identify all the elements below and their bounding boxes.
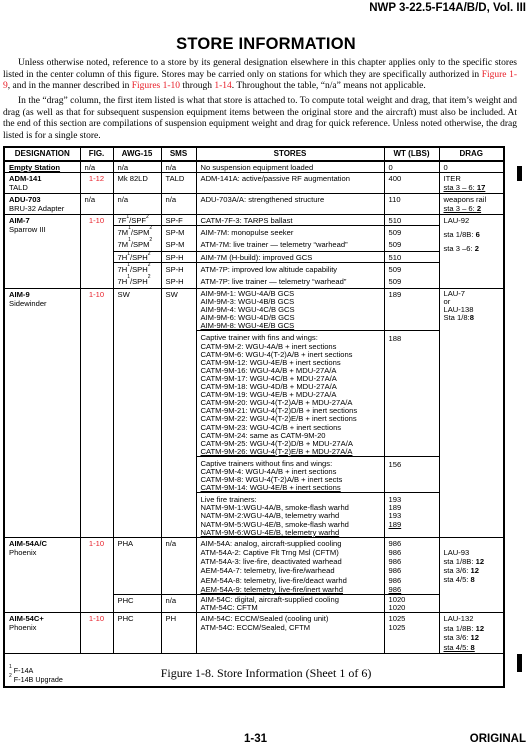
footnote-ref: 2 xyxy=(146,215,149,221)
footnote-ref: 1 xyxy=(128,237,131,243)
store-line: ATM-54A-3: live-fire, deactivated warhea… xyxy=(201,557,380,566)
drag-row: sta 1/8B: 12 xyxy=(444,557,500,566)
drag-cell: ITERsta 3 – 6: 17 xyxy=(439,173,504,194)
drag-value: 2 xyxy=(477,204,481,213)
drag-carrier: LAU-92 xyxy=(444,216,500,225)
designation-cell: AIM-7Sparrow III xyxy=(4,215,80,289)
change-bar xyxy=(517,166,522,181)
sms: SP-HSP-H xyxy=(161,263,196,289)
weight-value: 1020 xyxy=(389,604,435,612)
weight: 400 xyxy=(384,173,439,194)
store-line: ATM-54C: ECCM/Sealed, CFTM xyxy=(201,623,380,632)
store-line: ATM-54A-2: Captive Flt Trng Msl (CFTM) xyxy=(201,548,380,557)
awg-code: /SPF xyxy=(129,216,146,225)
page-title: STORE INFORMATION xyxy=(0,35,532,54)
store-line: ATM-7P: improved low altitude capability xyxy=(201,264,380,276)
designation-cell: AIM-9Sidewinder xyxy=(4,289,80,538)
fig-link[interactable]: 1-10 xyxy=(80,613,113,653)
awg-code: 7M xyxy=(118,228,129,237)
drag-carrier: ITER xyxy=(444,174,500,183)
sms: n/a xyxy=(161,537,196,594)
link-figure-1-14[interactable]: 1-14 xyxy=(214,81,231,91)
revision-status: ORIGINAL xyxy=(470,733,526,745)
awg-code: /SPH xyxy=(130,265,148,274)
designation: ADU-703 xyxy=(9,195,76,204)
stores-group: Captive trainer with fins and wings:CATM… xyxy=(196,331,384,456)
drag-station: sta 3/6: xyxy=(444,633,471,642)
sms: SP-MSP-M xyxy=(161,226,196,252)
col-header-awg15: AWG-15 xyxy=(113,147,161,161)
awg15: 7H1/SPH2 xyxy=(113,252,161,263)
drag-value: 17 xyxy=(477,183,485,192)
awg15: 7M1/SPM27M1/SPM2 xyxy=(113,226,161,252)
designation-subtitle: Phoenix xyxy=(9,623,76,632)
drag-carrier: LAU-93 xyxy=(444,548,500,557)
awg15: PHC xyxy=(113,613,161,653)
weight: 510 xyxy=(384,252,439,263)
awg15: n/a xyxy=(113,161,161,173)
link-figures-1-10[interactable]: Figures 1-10 xyxy=(132,81,180,91)
store-line: AEM-54A-8: telemetry, live-fire/deact wa… xyxy=(201,576,380,585)
awg15: PHA xyxy=(113,537,161,594)
intro-paragraph-1: Unless otherwise noted, reference to a s… xyxy=(3,58,517,93)
table-row-aim54cplus: AIM-54C+Phoenix 1-10 PHC PH AIM-54C: ECC… xyxy=(4,613,504,653)
weight: 0 xyxy=(384,161,439,173)
store-line: AEM-54A-7: telemetry, live-fire/warhead xyxy=(201,566,380,575)
sms: SP-F xyxy=(161,215,196,226)
weight: 510 xyxy=(384,215,439,226)
weight-value: 986 xyxy=(389,585,435,594)
weight-group: 10251025 xyxy=(384,613,439,653)
intro-text: Unless otherwise noted, reference to a s… xyxy=(3,58,517,80)
designation: ADM-141 xyxy=(9,174,76,183)
stores: CATM-7F-3: TARPS ballast xyxy=(196,215,384,226)
sms-code: SP-M xyxy=(166,227,192,239)
table-row-empty-station: Empty Station n/a n/a n/a No suspension … xyxy=(4,161,504,173)
col-header-weight: WT (LBS) xyxy=(384,147,439,161)
designation: AIM-54C+ xyxy=(9,614,76,623)
drag-cell: LAU-132sta 1/8B: 12sta 3/6: 12sta 4/5: 8 xyxy=(439,613,504,653)
drag-station: sta 1/8B: xyxy=(444,230,476,239)
weight-value: 986 xyxy=(389,548,435,557)
footnote-ref: 2 xyxy=(149,237,152,243)
awg-code: 7H xyxy=(118,253,128,262)
table-header-row: DESIGNATION FIG. AWG-15 SMS STORES WT (L… xyxy=(4,147,504,161)
drag-cell: LAU-93sta 1/8B: 12sta 3/6: 12sta 4/5: 8 xyxy=(439,537,504,612)
stores: No suspension equipment loaded xyxy=(196,161,384,173)
weight: 110 xyxy=(384,194,439,215)
awg15: SW xyxy=(113,289,161,538)
drag-station: sta 3 – 6: xyxy=(444,204,477,213)
page-number: 1-31 xyxy=(244,733,267,745)
fig-link[interactable]: 1-10 xyxy=(80,289,113,538)
drag-value: 2 xyxy=(475,244,479,253)
designation-cell: AIM-54A/CPhoenix xyxy=(4,537,80,612)
footnote-ref: 2 xyxy=(149,226,152,232)
footnote-ref: 1 xyxy=(128,226,131,232)
document-id: NWP 3-22.5-F14A/B/D, Vol. III xyxy=(369,2,526,14)
stores: ADM-141A: active/passive RF augmentation xyxy=(196,173,384,194)
sms-code: SP-M xyxy=(166,239,192,251)
awg-code: 7M xyxy=(118,240,129,249)
drag: 0 xyxy=(439,161,504,173)
sms: n/a xyxy=(161,161,196,173)
col-header-designation: DESIGNATION xyxy=(4,147,80,161)
sms: SW xyxy=(161,289,196,538)
designation-subtitle: Sidewinder xyxy=(9,299,76,308)
stores-group: AIM-54C: digital, aircraft-supplied cool… xyxy=(196,594,384,612)
sms: n/a xyxy=(161,594,196,612)
weight-value: 986 xyxy=(389,557,435,566)
weight-group: 193189193189 xyxy=(384,493,439,537)
intro-text: . Throughout the table, “n/a” means not … xyxy=(232,81,426,91)
footnote-ref: 1 xyxy=(127,252,130,258)
store-information-table: DESIGNATION FIG. AWG-15 SMS STORES WT (L… xyxy=(3,146,505,688)
designation-subtitle: Sparrow III xyxy=(9,225,76,234)
drag-value: 12 xyxy=(476,624,484,633)
stores-group: AIM-54A: analog, aircraft-supplied cooli… xyxy=(196,537,384,594)
designation-subtitle: TALD xyxy=(9,183,76,192)
stores: ATM-7P: improved low altitude capability… xyxy=(196,263,384,289)
designation-subtitle: Phoenix xyxy=(9,548,76,557)
awg-code: /SPH xyxy=(130,253,148,262)
drag-cell: weapons railsta 3 – 6: 2 xyxy=(439,194,504,215)
stores: AIM-7M (H-build): improved GCS xyxy=(196,252,384,263)
weight-group: 10201020 xyxy=(384,594,439,612)
stores-group: Live fire trainers:NATM-9M-1:WGU-4A/B, s… xyxy=(196,493,384,537)
drag-value: 12 xyxy=(476,557,484,566)
store-line: ATM-7P: live trainer — telemetry “warhea… xyxy=(201,276,380,288)
drag-value: 8 xyxy=(471,643,475,652)
intro-text: through xyxy=(180,81,214,91)
weight-value: 986 xyxy=(389,576,435,585)
drag-row: sta 4/5: 8 xyxy=(444,643,500,653)
store-line: CATM-9M-26: WGU-4(T-2)E/B + MDU-27A/A xyxy=(201,448,380,456)
stores: ADU-703A/A: strengthened structure xyxy=(196,194,384,215)
weight-value: 509 xyxy=(389,264,435,276)
table-row-adm141: ADM-141TALD 1-12 Mk 82LD TALD ADM-141A: … xyxy=(4,173,504,194)
drag-station: sta 4/5: xyxy=(444,643,471,652)
awg-code: 7H xyxy=(118,265,128,274)
col-header-stores: STORES xyxy=(196,147,384,161)
drag-row: sta 1/8B: 12 xyxy=(444,624,500,634)
weight-group: 986986986986986986 xyxy=(384,537,439,594)
fig-link[interactable]: 1-12 xyxy=(80,173,113,194)
awg15: 7F1/SPF2 xyxy=(113,215,161,226)
designation-subtitle: BRU-32 Adapter xyxy=(9,204,76,213)
store-line: AIM-9M-8: WGU-4E/B GCS xyxy=(201,322,380,330)
drag-station: sta 1/8B: xyxy=(444,624,476,633)
awg-code: /SPM xyxy=(131,228,150,237)
table-row-aim9: AIM-9Sidewinder 1-10 SW SW AIM-9M-1: WGU… xyxy=(4,289,504,331)
drag-station: sta 4/5: xyxy=(444,575,471,584)
weight-value: 509 xyxy=(389,276,435,288)
drag-value: 8 xyxy=(471,575,475,584)
store-line: ATM-54C: CFTM xyxy=(201,604,380,612)
col-header-sms: SMS xyxy=(161,147,196,161)
intro-text: In the “drag” column, the first item lis… xyxy=(3,96,517,141)
weight: 188 xyxy=(384,331,439,456)
weight-value: 509 xyxy=(389,227,435,239)
drag-row: sta 3/6: 12 xyxy=(444,633,500,643)
awg15: PHC xyxy=(113,594,161,612)
weight-value: 1025 xyxy=(389,614,435,623)
fig-link[interactable]: 1-10 xyxy=(80,215,113,289)
store-line: AIM-7M: monopulse seeker xyxy=(201,227,380,239)
table-row-aim54ac: AIM-54A/CPhoenix 1-10 PHA n/a AIM-54A: a… xyxy=(4,537,504,594)
drag-value: 6 xyxy=(476,230,480,239)
weight: 509509 xyxy=(384,263,439,289)
sms: TALD xyxy=(161,173,196,194)
col-header-fig: FIG. xyxy=(80,147,113,161)
drag-row: sta 3/6: 12 xyxy=(444,566,500,575)
stores-group: Captive trainers without fins and wings:… xyxy=(196,456,384,492)
designation-cell: AIM-54C+Phoenix xyxy=(4,613,80,653)
weight: 156 xyxy=(384,456,439,492)
stores-group: AIM-9M-1: WGU-4A/B GCSAIM-9M-3: WGU-4B/B… xyxy=(196,289,384,331)
drag-value: 12 xyxy=(471,633,479,642)
drag-station: sta 1/8B: xyxy=(444,557,476,566)
stores: AIM-7M: monopulse seekerATM-7M: live tra… xyxy=(196,226,384,252)
fig: n/a xyxy=(80,194,113,215)
store-line: CATM-9M-14: WGU-4E/B + inert sections xyxy=(201,484,380,492)
drag-value: 8 xyxy=(470,313,474,322)
fig: n/a xyxy=(80,161,113,173)
designation-cell: ADM-141TALD xyxy=(4,173,80,194)
store-line: AIM-54C: ECCM/Sealed (cooling unit) xyxy=(201,614,380,623)
sms: n/a xyxy=(161,194,196,215)
intro-paragraph-2: In the “drag” column, the first item lis… xyxy=(3,96,517,142)
designation: Empty Station xyxy=(4,161,80,173)
drag-station: Sta 1/8: xyxy=(444,313,470,322)
store-line: ATM-7M: live trainer — telemetry “warhea… xyxy=(201,239,380,251)
designation: AIM-7 xyxy=(9,216,76,225)
drag-carrier: LAU-132 xyxy=(444,614,500,624)
footnote-ref: 2 xyxy=(148,274,151,280)
weight-value: 986 xyxy=(389,566,435,575)
awg-code: /SPH xyxy=(130,277,148,286)
weight: 189 xyxy=(384,289,439,331)
designation-cell: ADU-703BRU-32 Adapter xyxy=(4,194,80,215)
sms: SP-H xyxy=(161,252,196,263)
table-row-adu703: ADU-703BRU-32 Adapter n/a n/a n/a ADU-70… xyxy=(4,194,504,215)
footnote-ref: 1 xyxy=(126,215,129,221)
stores-group: AIM-54C: ECCM/Sealed (cooling unit)ATM-5… xyxy=(196,613,384,653)
drag-row: sta 4/5: 8 xyxy=(444,575,500,584)
weight-value: 1025 xyxy=(389,623,435,632)
sms-code: SP-H xyxy=(166,264,192,276)
weight-value: 189 xyxy=(389,521,435,529)
store-line: AEM-54A-9: telemetry, live-fire/inert wa… xyxy=(201,585,380,594)
weight: 509509 xyxy=(384,226,439,252)
designation: AIM-54A/C xyxy=(9,539,76,548)
awg15: Mk 82LD xyxy=(113,173,161,194)
awg15: 7H1/SPH27H1/SPH2 xyxy=(113,263,161,289)
store-line: NATM-9M-6:WGU-4E/B, telemetry warhd xyxy=(201,529,380,537)
drag-cell: LAU-7orLAU-138Sta 1/8:8 xyxy=(439,289,504,538)
drag-carrier: LAU-7 xyxy=(444,290,500,298)
weight-value: 986 xyxy=(389,539,435,548)
sms: PH xyxy=(161,613,196,653)
drag-value: 12 xyxy=(471,566,479,575)
footnote-ref: 2 xyxy=(148,263,151,269)
table-row-aim7: AIM-7Sparrow III 1-10 7F1/SPF2 SP-F CATM… xyxy=(4,215,504,226)
drag-carrier: weapons rail xyxy=(444,195,500,204)
store-line: AIM-54A: analog, aircraft-supplied cooli… xyxy=(201,539,380,548)
figure-caption: Figure 1-8. Store Information (Sheet 1 o… xyxy=(0,666,532,681)
drag-station: sta 3 –6: xyxy=(444,244,475,253)
weight-value: 509 xyxy=(389,239,435,251)
footnote-ref: 1 xyxy=(127,274,130,280)
drag-station: sta 3/6: xyxy=(444,566,471,575)
awg-code: /SPM xyxy=(131,240,150,249)
awg-code: 7H xyxy=(118,277,128,286)
sms-code: SP-H xyxy=(166,276,192,288)
awg15: n/a xyxy=(113,194,161,215)
footnote-ref: 2 xyxy=(148,252,151,258)
intro-text: , and in the manner described in xyxy=(8,81,132,91)
col-header-drag: DRAG xyxy=(439,147,504,161)
fig-link[interactable]: 1-10 xyxy=(80,537,113,612)
designation: AIM-9 xyxy=(9,290,76,299)
drag-station: sta 3 – 6: xyxy=(444,183,477,192)
footnote-ref: 1 xyxy=(127,263,130,269)
drag-cell: LAU-92sta 1/8B: 6sta 3 –6: 2 xyxy=(439,215,504,289)
